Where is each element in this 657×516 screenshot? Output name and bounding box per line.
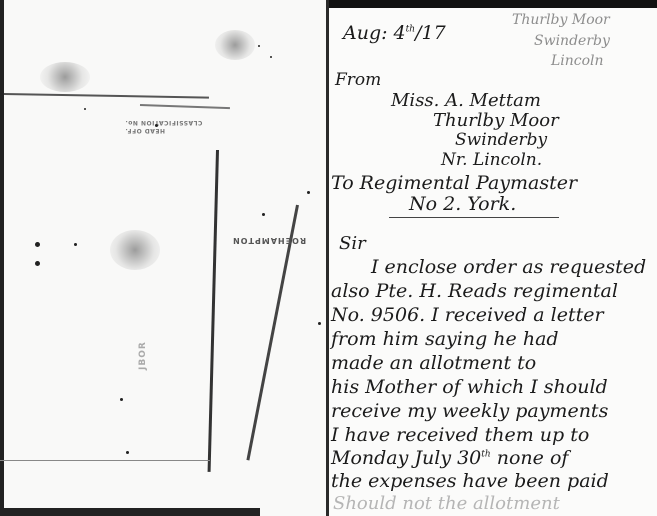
body-line-faded: Should not the allotment: [333, 493, 560, 514]
body-line: I enclose order as requested: [371, 256, 646, 278]
body-line-text: Monday July 30: [331, 447, 481, 469]
stamp-line: CLASSIFICATION No.: [125, 118, 202, 126]
body-line: made an allotment to: [331, 352, 536, 374]
ink-speck: [155, 124, 158, 127]
ink-speck: [318, 322, 321, 325]
ink-speck: [270, 56, 272, 58]
ink-speck: [84, 108, 86, 110]
ink-speck: [307, 191, 310, 194]
ink-speck: [35, 261, 40, 266]
from-label: From: [335, 70, 381, 90]
ink-speck: [120, 398, 123, 401]
body-line: No. 9506. I received a letter: [331, 304, 604, 326]
body-line: his Mother of which I should: [331, 376, 608, 398]
recipient-location: No 2. York.: [409, 193, 516, 215]
vertical-faded-stamp: JBOR: [138, 341, 148, 370]
body-line-ordinal: th: [481, 450, 490, 460]
date-year: /17: [415, 22, 446, 44]
sender-address-line: Nr. Lincoln.: [441, 150, 542, 170]
envelope-bottom-edge: [0, 460, 210, 461]
date-day: Aug: 4: [343, 22, 406, 44]
fold-line: [4, 93, 209, 99]
scanned-document: HEAD OFF. CLASSIFICATION No. ROEHAMPTON …: [0, 0, 657, 516]
body-line: receive my weekly payments: [331, 400, 608, 422]
body-line: I have received them up to: [331, 424, 589, 446]
ink-speck: [258, 45, 260, 47]
ink-smudge: [40, 62, 90, 92]
body-line: the expenses have been paid: [331, 470, 609, 492]
classification-stamp: HEAD OFF. CLASSIFICATION No.: [125, 118, 202, 134]
ink-speck: [35, 242, 40, 247]
sender-address-line: Thurlby Moor: [433, 110, 559, 131]
scan-bottom-shadow: [0, 508, 260, 516]
sender-name: Miss. A. Mettam: [391, 90, 541, 111]
stamp-line: HEAD OFF.: [125, 126, 202, 134]
fold-line: [140, 104, 230, 109]
sender-address-line: Swinderby: [455, 130, 547, 150]
ink-speck: [74, 243, 77, 246]
body-line-tail: none of: [491, 447, 569, 469]
scan-edge-shadow: [0, 0, 4, 516]
left-page-envelope: HEAD OFF. CLASSIFICATION No. ROEHAMPTON …: [0, 0, 326, 516]
salutation: Sir: [339, 233, 366, 254]
ink-speck: [126, 451, 129, 454]
corner-address-line: Swinderby: [534, 33, 610, 49]
letter-date: Aug: 4th/17: [343, 22, 446, 44]
body-line: also Pte. H. Reads regimental: [331, 280, 618, 302]
scan-top-shadow: [329, 0, 657, 8]
ink-speck: [262, 213, 265, 216]
body-line: Monday July 30th none of: [331, 447, 568, 469]
body-line: from him saying he had: [331, 328, 559, 350]
roehampton-stamp: ROEHAMPTON: [232, 236, 306, 245]
letter-page: Aug: 4th/17 Thurlby Moor Swinderby Linco…: [329, 0, 657, 516]
corner-address-line: Thurlby Moor: [512, 12, 610, 28]
ink-smudge: [110, 230, 160, 270]
envelope-edge-line: [208, 150, 219, 472]
address-underline: [389, 217, 559, 218]
ink-smudge: [215, 30, 255, 60]
corner-address-line: Lincoln: [551, 53, 604, 69]
recipient-title: To Regimental Paymaster: [331, 172, 577, 194]
date-ordinal: th: [406, 25, 415, 35]
